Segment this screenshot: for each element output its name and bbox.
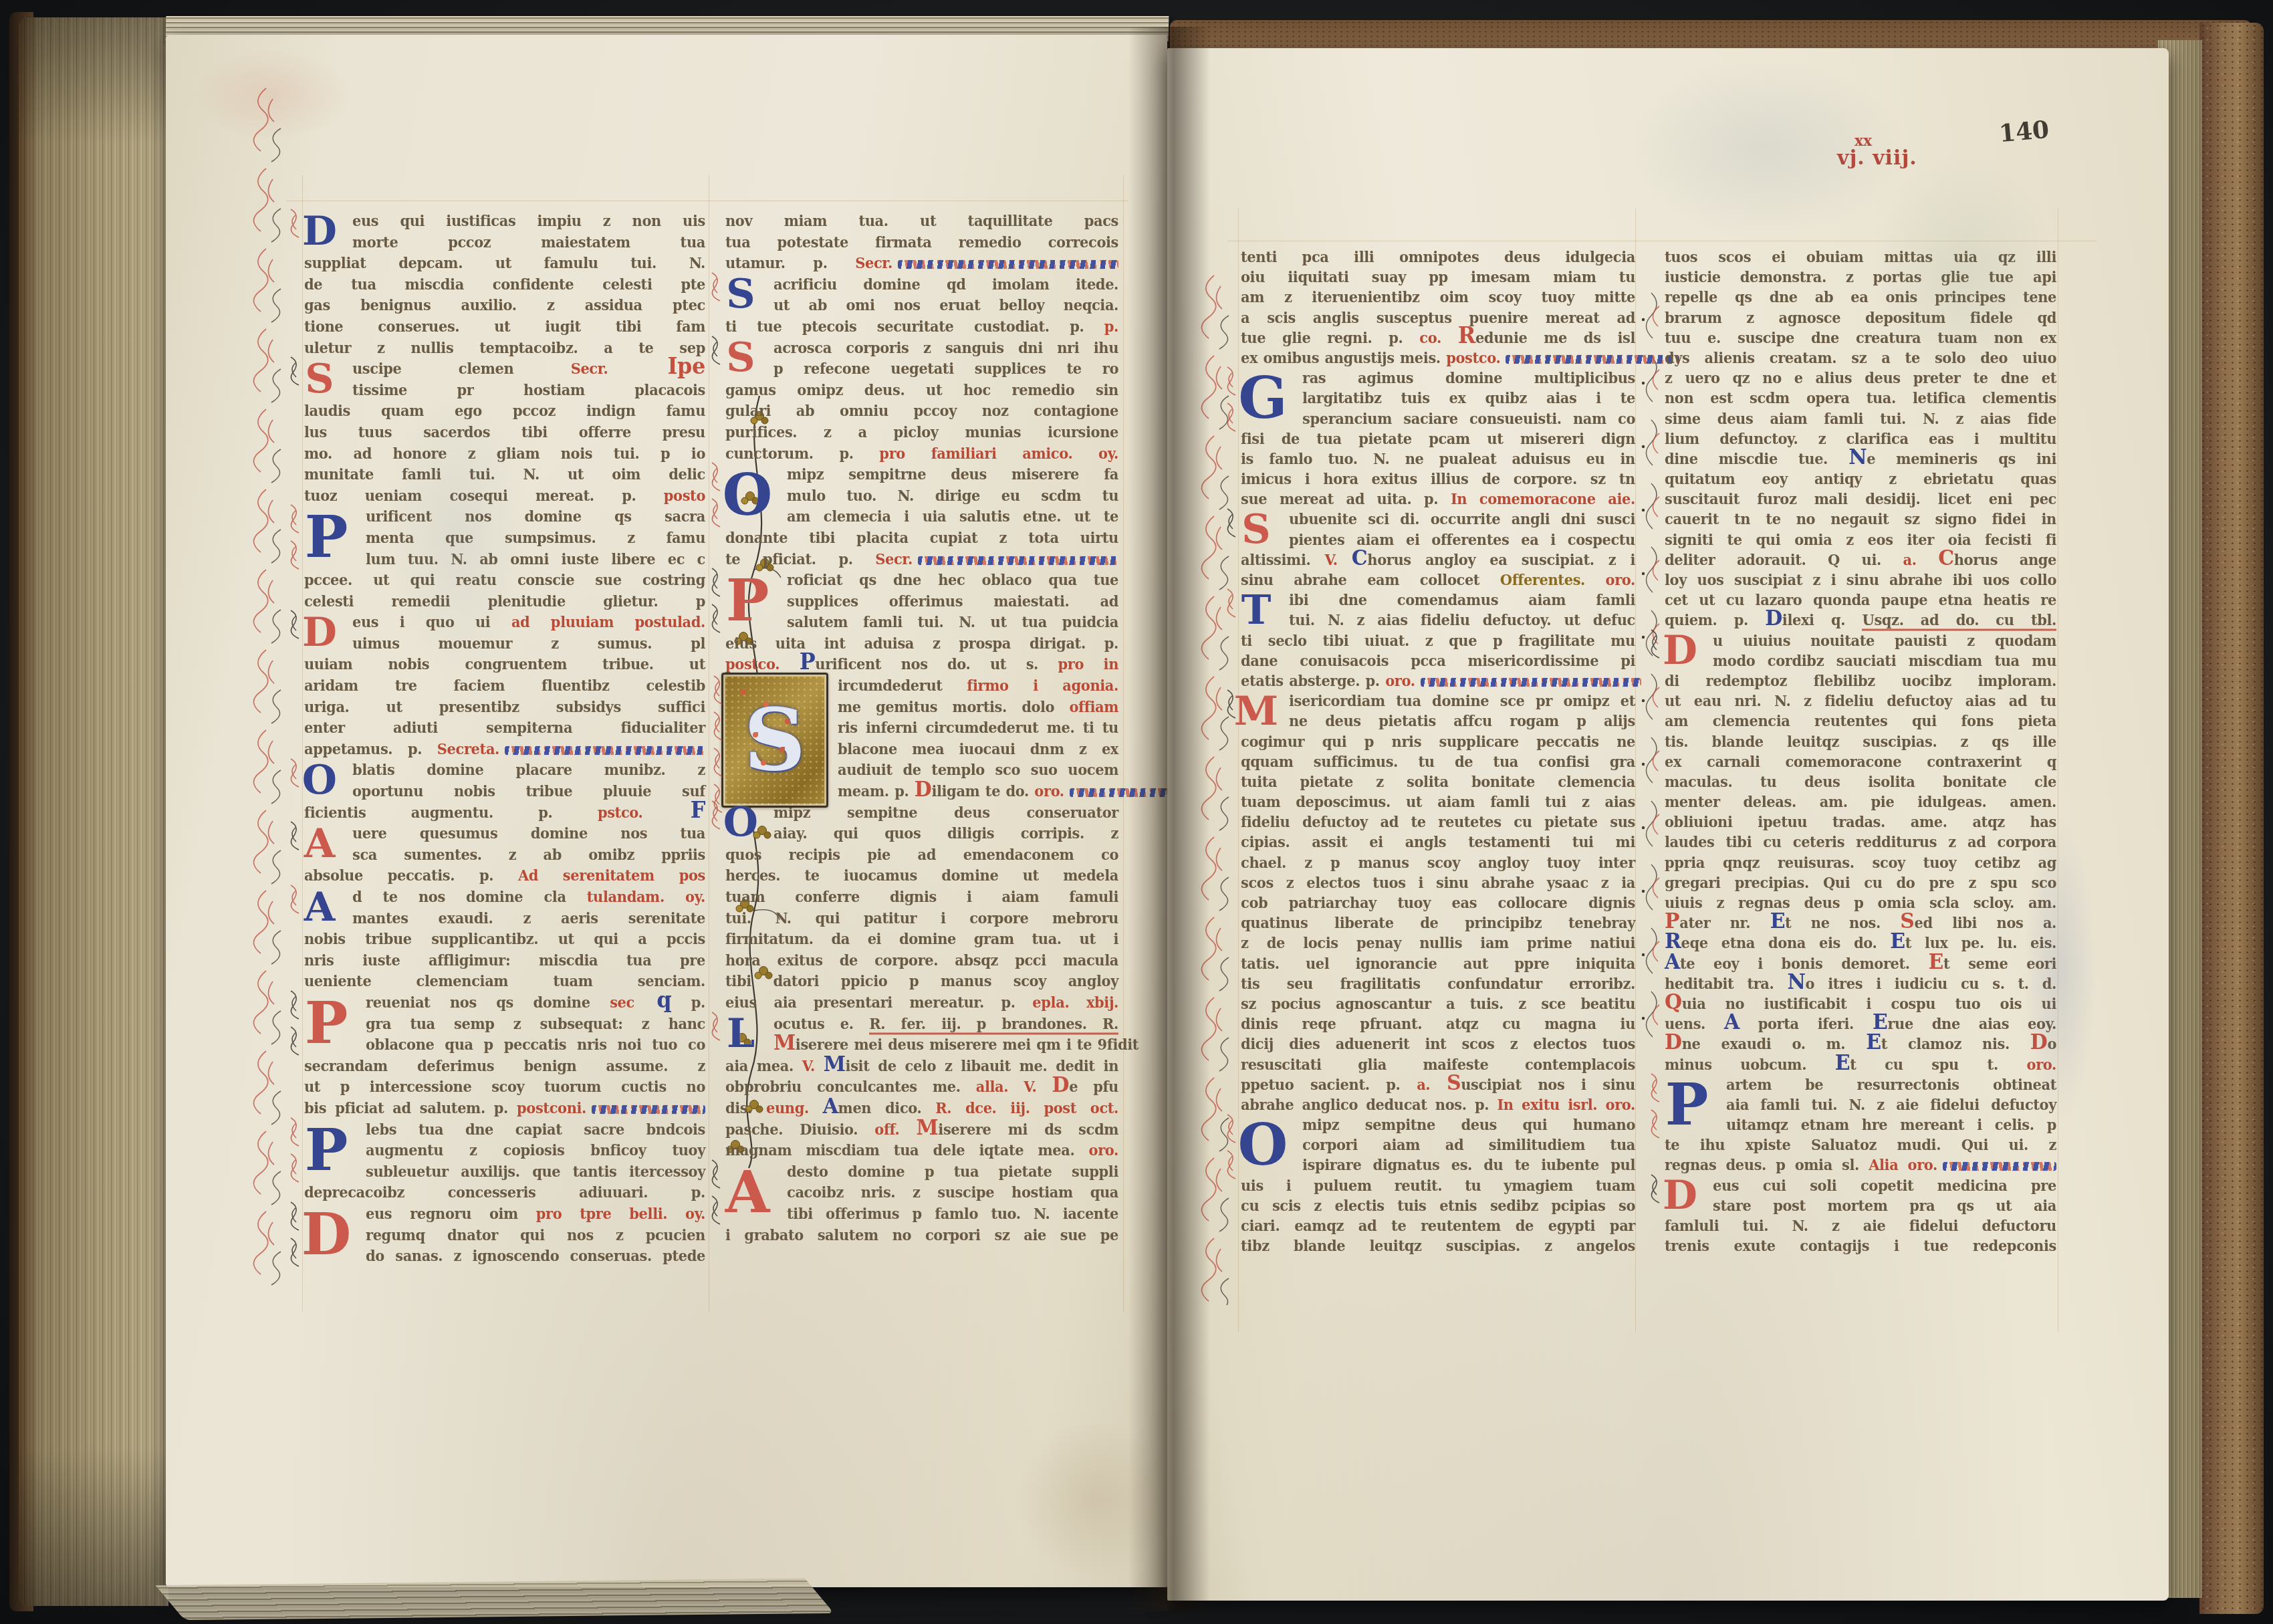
text-run: famluli tui. N. z aie fidelui defuctoru: [1665, 1217, 2056, 1234]
text-run: uiuis z regnas deus p omia scla scloy. a…: [1665, 894, 2056, 911]
penwork-flourish: [1223, 1108, 1241, 1178]
left-manuscript-page[interactable]: eus qui iustificas impiu z non uismorte …: [166, 35, 1167, 1587]
line-filler-ornament: [1421, 678, 1641, 687]
text-line: reueniat nos qs domine sec q p.: [304, 992, 705, 1014]
rubric-text: ad pluuiam postulad.: [511, 614, 705, 631]
text-line: eius uita int aduisa z prospa dirigat. p…: [725, 632, 1118, 655]
text-run: augmentu z copiosis bnficoy tuoy: [366, 1142, 705, 1159]
text-line: qquam sufficimus. tu de tua confisi gra: [1241, 751, 1635, 772]
penwork-flourish: [1647, 1168, 1665, 1217]
text-line: dine miscdie tue. Ne memineris qs ini: [1665, 449, 2056, 469]
text-run: dis.: [725, 1099, 766, 1117]
text-line: ti seclo tibi uiuat. z que p fragilitate…: [1241, 630, 1635, 651]
text-run: tibi offerimus p famlo tuo. N. iacente: [787, 1205, 1118, 1222]
text-line: te ihu xpiste Saluatoz mudi. Qui ui. z: [1665, 1135, 2056, 1156]
text-line: acrificiu domine qd imolam itede.: [725, 273, 1118, 296]
text-run: ispirare dignatus es. du te iubente pul: [1302, 1157, 1635, 1174]
text-line: cu scis z electis tuis etnis sedibz pcip…: [1241, 1195, 1635, 1216]
text-line: lebs tua dne capiat sacre bndcois: [304, 1119, 705, 1141]
rubric-text: off.: [874, 1121, 916, 1138]
text-run: do sanas. z ignoscendo conseruas. ptede: [366, 1248, 705, 1265]
text-line: imicus i hora exitus illius de corpore. …: [1241, 469, 1635, 489]
text-run: men dico.: [838, 1099, 936, 1117]
text-run: brarum z agnosce depositum fidele qd: [1665, 309, 2056, 326]
decorated-initial: A: [721, 1159, 773, 1226]
text-line: purifices. z a picloy munias icursione: [725, 421, 1118, 443]
text-run: P: [800, 649, 816, 676]
text-line: cet ut cu lazaro quonda paupe etna heati…: [1665, 590, 2056, 611]
rubric-text: postco.: [1446, 349, 1500, 366]
text-line: deprecacoibz concesseris adiuuari. p.: [304, 1182, 705, 1204]
penwork-flourish: [287, 203, 304, 254]
text-line: ex carnali comemoracone contraxerint q: [1665, 751, 2056, 772]
text-run: pccee. ut qui reatu conscie sue costring: [304, 572, 705, 589]
rubric-text: Secr.: [571, 360, 608, 378]
text-line: tis seu fragilitatis confundatur errorib…: [1241, 973, 1635, 994]
text-run: cacoibz nris. z suscipe hostiam qua: [787, 1184, 1118, 1201]
text-run: tenti pca illi omnipotes deus idulgecia: [1241, 248, 1635, 265]
text-run: non est scdm opera tua. letifica clement…: [1665, 390, 2056, 407]
text-run: cu scis z electis tuis etnis sedibz pcip…: [1241, 1197, 1635, 1214]
text-line: utamur. p. Secr.: [725, 253, 1118, 275]
text-run: z uero qz no e alius deus preter te dne …: [1665, 370, 2056, 387]
text-run: signiti te qui omia z eos iter oia fecis…: [1665, 531, 2056, 548]
text-line: aia famli tui. N. z aie fidelui defuctoy: [1665, 1094, 2056, 1115]
text-line: ubuenite sci di. occurrite angli dni sus…: [1241, 509, 1635, 530]
penwork-flourish: [1223, 683, 1241, 733]
text-run: regnas deus. p omia sl.: [1665, 1157, 1869, 1174]
penwork-flourish: [287, 984, 304, 1057]
text-line: quos recipis pie ad emendaconem co: [725, 844, 1118, 866]
text-line: tuita pietate z solita bonitate clemenci…: [1241, 772, 1635, 792]
penwork-flourish: [287, 879, 304, 930]
text-line: ibi dne comendamus aiam famli: [1241, 590, 1635, 611]
line-filler-ornament: [592, 1105, 705, 1115]
text-line: dane conuisacois pcca misericordissime p…: [1241, 651, 1635, 671]
text-run: quos recipis pie ad emendaconem co: [725, 846, 1118, 863]
text-run: tuu e. suscipe dne creatura tuam non ex: [1665, 329, 2056, 346]
text-line: non est scdm opera tua. letifica clement…: [1665, 388, 2056, 409]
text-run: blacone mea iuocaui dnm z ex: [838, 740, 1118, 758]
decorated-initial: A: [300, 884, 339, 930]
text-line: suppliat depcam. ut famulu tui. N.: [304, 253, 705, 275]
rubric-text: oro.: [2027, 1056, 2056, 1073]
text-run: oblacone qua p peccatis nris noi tuo co: [366, 1036, 705, 1054]
text-run: p.: [671, 994, 705, 1011]
text-line: ut ab omi nos eruat belloy neqcia.: [725, 295, 1118, 317]
text-column-2: nov miam tua. ut taquillitate pacstua po…: [725, 211, 1118, 1246]
text-run: D: [1665, 1031, 1682, 1055]
text-line: resuscitati glia maifeste contemplacois: [1241, 1054, 1635, 1075]
text-run: A: [1665, 950, 1680, 974]
text-line: signiti te qui omia z eos iter oia fecis…: [1665, 530, 2056, 550]
text-line: tissime pr hostiam placacois: [304, 379, 705, 401]
text-run: M: [773, 1031, 796, 1055]
text-line: gregari precipias. Qui cu do pre z spu s…: [1665, 873, 2056, 893]
rubric-text: p.: [1104, 318, 1118, 335]
text-line: deliter adorauit. Q ui. a. Chorus ange: [1665, 550, 2056, 570]
line-filler-ornament: [898, 260, 1118, 269]
text-line: desto domine p tua pietate suppli: [725, 1161, 1118, 1183]
text-run: imicus i hora exitus illius de corpore. …: [1241, 471, 1635, 488]
folio-number: 140: [1998, 116, 2050, 148]
decorated-initial: M: [1237, 689, 1276, 733]
text-run: tuos scos ei obuiam mittas uia qz illi: [1665, 248, 2056, 265]
text-run: t ne nos.: [1785, 915, 1900, 932]
text-run: S: [1811, 1137, 1821, 1154]
text-line: enter adiuti sempiterna fiducialiter: [304, 717, 705, 739]
text-line: eus i quo ui ad pluuiam postulad.: [304, 612, 705, 634]
text-run: ut ab omi nos eruat belloy neqcia.: [773, 297, 1118, 314]
text-run: cunctorum. p.: [725, 445, 879, 462]
ruling-line: [2058, 209, 2058, 1332]
text-line: di redemptoz flebilibz uocibz imploram.: [1665, 671, 2056, 691]
text-run: trenis exute contagijs i tue redepconis: [1665, 1238, 2056, 1255]
text-run: magnam miscdiam tua dele iqtate mea.: [725, 1142, 1089, 1159]
text-run: ut p intercessione scoy tuorum cuctis no: [304, 1078, 705, 1096]
rubric-text: oro.: [1606, 571, 1635, 588]
text-line: famluli tui. N. z aie fidelui defuctoru: [1665, 1215, 2056, 1236]
text-line: z de locis penay nullis iam prime natiui: [1241, 933, 1635, 954]
text-run: ne deus pietatis affcu rogam p alijs: [1289, 713, 1635, 730]
text-run: ras agimus domine multiplicibus: [1302, 370, 1635, 387]
text-line: tuam conferre dignis i aiam famuli: [725, 886, 1118, 908]
text-run: firmitatum. da ei domine gram tua. ut i: [725, 931, 1118, 948]
text-line: trenis exute contagijs i tue redepconis: [1665, 1236, 2056, 1257]
text-run: ibi dne comendamus aiam famli: [1289, 592, 1635, 609]
text-line: gas benignus auxilio. z assidua ptec: [304, 295, 705, 317]
text-run: is famlo tuo. N. ne pualeat aduisus eu i…: [1241, 450, 1635, 467]
text-run: sime deus aiam famli tui. N. z aias fide: [1665, 410, 2056, 427]
text-line: tatis. uel ignorancie aut ppre iniquita: [1241, 953, 1635, 974]
text-run: largitatibz tuis ex quibz aias i te: [1302, 390, 1635, 407]
text-run: deliter adorauit. Q ui.: [1665, 551, 1903, 568]
text-line: nris iuste affligimur: miscdia tua pre: [304, 949, 705, 971]
text-run: de tua miscdia confidente celesti pte: [304, 275, 705, 293]
penwork-flourish: [708, 456, 725, 529]
text-run: uitamqz etnam hre mereant i celis. p: [1726, 1117, 2056, 1134]
text-run: aridam tre faciem fluentibz celestib: [304, 677, 705, 695]
text-run: S: [1447, 1071, 1461, 1095]
fore-edge-page-stack: [19, 17, 168, 1606]
decorated-initial: O: [300, 758, 339, 804]
text-run: absolue peccatis. p.: [304, 867, 518, 885]
text-line: te pficiat. p. Secr.: [725, 548, 1118, 570]
text-run: gregari precipias. Qui cu do pre z spu s…: [1665, 874, 2056, 891]
text-run: munitate famli tui. N. ut oim delic: [304, 466, 705, 483]
text-run: uuiam nobis congruentem tribue. ut: [304, 656, 705, 673]
text-run: suscitauit furoz mali desidij. licet eni…: [1665, 491, 2056, 508]
text-line: uriga. ut presentibz subsidys suffici: [304, 696, 705, 718]
text-line: urificent nos domine qs sacra: [304, 506, 705, 528]
text-run: uriga. ut presentibz subsidys suffici: [304, 698, 705, 715]
text-run: e memineris qs ini: [1867, 450, 2056, 467]
text-run: chael. z p manus scoy angloy tuoy inter: [1241, 854, 1635, 871]
text-line: augmentu z copiosis bnficoy tuoy: [304, 1139, 705, 1161]
rubric-text: pro tpre belli. oy.: [536, 1205, 705, 1222]
text-line: gamus omipz deus. ut hoc remedio sin: [725, 379, 1118, 401]
text-run: laudis quam ego pccoz indign famu: [304, 402, 705, 420]
text-line: heditabit tra. No itres i iudiciu cu s. …: [1665, 973, 2056, 994]
text-line: sz pocius agnoscantur a tuis. z sce beat…: [1241, 994, 1635, 1014]
rubric-text: alla. V.: [976, 1078, 1052, 1096]
text-run: uimus mouemur z sumus. pl: [352, 634, 705, 652]
text-run: enter adiuti sempiterna fiducialiter: [304, 719, 705, 737]
text-run: dinis reqe pfruant. atqz cu magna iu: [1241, 1016, 1635, 1033]
rubric-text: a.: [1903, 551, 1939, 568]
text-run: horus angloy ea suscipiat. z i: [1367, 551, 1635, 568]
text-line: menta que sumpsimus. z famu: [304, 527, 705, 549]
text-run: tissime pr hostiam placacois: [352, 381, 705, 398]
text-line: mantes exaudi. z aeris serenitate: [304, 907, 705, 929]
text-run: meam. p.: [838, 783, 915, 800]
text-run: etatis absterge. p.: [1241, 672, 1385, 689]
decorated-initial: D: [300, 1201, 352, 1268]
text-run: pientes aiam ei offerentes ea i cospectu: [1289, 531, 1635, 548]
text-run: A: [823, 1094, 838, 1119]
text-run: aia mea.: [725, 1057, 802, 1074]
text-run: cet ut cu lazaro quonda paupe etna heati…: [1665, 592, 2056, 609]
text-run: hora exitus de corpore. absqz pcci macul…: [725, 951, 1118, 969]
penwork-flourish-margin: [246, 75, 306, 1292]
rubric-text: In exitu isrl. oro.: [1497, 1096, 1635, 1113]
ruling-line: [1227, 241, 2097, 241]
text-run: te pficiat. p.: [725, 550, 875, 568]
text-line: tuam deposcimus. ut aiam famli tui z aia…: [1241, 792, 1635, 812]
text-run: bis pficiat ad salutem. p.: [304, 1099, 517, 1117]
text-run: iligam te do.: [931, 783, 1034, 800]
text-line: morte pccoz maiestatem tua: [304, 231, 705, 253]
text-line: uuiam nobis congruentem tribue. ut: [304, 654, 705, 676]
text-line: sperancium saciare consueuisti. nam co: [1241, 409, 1635, 429]
text-run: eius uita int aduisa z prospa dirigat. p…: [725, 634, 1118, 652]
rubric-text: V.: [1325, 551, 1352, 568]
text-run: quiem. p.: [1665, 612, 1765, 629]
text-line: eus regnoru oim pro tpre belli. oy.: [304, 1203, 705, 1225]
text-line: Pater nr. Et ne nos. Sed libi nos a.: [1665, 913, 2056, 934]
text-run: ti tue ptecois securitate custodiat. p.: [725, 318, 1104, 335]
decorated-initial: P: [300, 990, 352, 1057]
text-run: uere quesumus domine nos tua: [352, 825, 705, 842]
text-run: gra tua semp z subsequat: z hanc: [366, 1015, 705, 1032]
text-run: mipz sempitne deus qui humano: [1302, 1117, 1635, 1134]
text-line: i grabato salutem no corpori sz aie sue …: [725, 1224, 1118, 1246]
text-run: blatis domine placare munibz. z: [352, 762, 705, 779]
rubric-text: postco.: [725, 656, 800, 673]
text-line: dinis reqe pfruant. atqz cu magna iu: [1241, 1014, 1635, 1035]
rubric-text: pro familiari amico. oy.: [879, 445, 1118, 462]
text-run: menter deleas. am. pie idulgeas. amen.: [1665, 794, 2056, 811]
text-run: maculas. tu deus isolita bonitate cle: [1665, 773, 2056, 790]
text-run: altissimi.: [1241, 551, 1325, 568]
text-run: scos z electos tuos i sinu abrahe ysaac …: [1241, 874, 1635, 891]
decorated-initial: G: [1237, 366, 1289, 431]
text-run: desto domine p tua pietate suppli: [787, 1163, 1118, 1180]
text-run: dys alienis creatam. sz a te solo deo ui…: [1665, 349, 2056, 366]
text-line: tenti pca illi omnipotes deus idulgecia: [1241, 247, 1635, 267]
text-run: t clamoz nis.: [1881, 1036, 2030, 1053]
decorated-initial: P: [721, 567, 773, 634]
penwork-flourish: [1647, 623, 1665, 673]
text-run: ircumdederut: [838, 677, 967, 695]
text-run: suppliat depcam. ut famulu tui. N.: [304, 255, 705, 272]
text-run: acrosca corporis z sanguis dni nri ihu: [773, 339, 1118, 356]
text-line: fisi de tua pietate pcam ut misereri dig…: [1241, 429, 1635, 449]
text-run: dine miscdie tue.: [1665, 450, 1848, 467]
right-manuscript-page[interactable]: tenti pca illi omnipotes deus idulgeciao…: [1167, 48, 2169, 1601]
text-run: gulari ab omniu pccoy noz contagione: [725, 402, 1118, 420]
text-run: lus tuus sacerdos tibi offerre presu: [304, 423, 705, 441]
text-run: acrificiu domine qd imolam itede.: [773, 275, 1118, 293]
text-line: hora exitus de corpore. absqz pcci macul…: [725, 949, 1118, 971]
penwork-flourish: [708, 562, 725, 634]
penwork-flourish: [710, 669, 727, 806]
rubric-text: Secreta.: [437, 740, 499, 758]
text-run: eus qui iustificas impiu z non uis: [352, 212, 705, 229]
text-run: tis. blande leuitqz suscipias. z qs ille: [1665, 733, 2056, 750]
penwork-flourish: [708, 1153, 725, 1226]
text-line: ppetuo sacient. p. a. Suscipiat nos i si…: [1241, 1074, 1635, 1095]
text-run: resuscitati glia maifeste contemplacois: [1241, 1056, 1635, 1073]
text-line: etatis absterge. p. oro.: [1241, 671, 1635, 691]
text-line: eus qui iustificas impiu z non uis: [304, 210, 705, 232]
manuscript-photo: eus qui iustificas impiu z non uismorte …: [0, 0, 2273, 1624]
text-run: iserere mi ds scdm: [938, 1121, 1118, 1138]
text-run: iusticie demonstra. z portas glie tue ap…: [1665, 269, 2056, 286]
text-line: Miserere mei deus miserere mei qm i te 9…: [725, 1034, 1118, 1056]
text-line: maculas. tu deus isolita bonitate cle: [1665, 772, 2056, 792]
text-run: M: [824, 1052, 846, 1076]
text-run: te ihu xpiste: [1665, 1137, 1811, 1154]
text-line: de tua miscdia confidente celesti pte: [304, 273, 705, 296]
text-run: Usqz. ad do. cu tbl.: [1862, 612, 2056, 631]
ruling-line: [286, 201, 1128, 201]
rubric-text: a.: [1417, 1076, 1447, 1093]
penwork-flourish: [287, 1111, 304, 1184]
text-run: quatinus liberate de principibz tenebray: [1241, 915, 1635, 932]
text-run: menta que sumpsimus. z famu: [366, 529, 705, 546]
rubric-text: firmo i agonia.: [967, 677, 1118, 695]
text-line: nobis tribue supplicantibz. ut qui a pcc…: [304, 929, 705, 951]
text-run: i grabato salutem no corpori sz aie sue …: [725, 1226, 1118, 1244]
rubric-text: pro in: [1058, 656, 1119, 673]
text-line: oblacone qua p peccatis nris noi tuo co: [304, 1034, 705, 1056]
text-run: lum tuu. N. ab omni iuste libere ec c: [366, 550, 705, 568]
text-run: tui. N. z aias fideliu defuctoy. ut defu…: [1289, 612, 1635, 629]
text-line: quatinus liberate de principibz tenebray: [1241, 913, 1635, 934]
rubric-text: posto: [664, 487, 705, 504]
line-filler-ornament: [1070, 788, 1183, 798]
text-line: pientes aiam ei offerentes ea i cospectu: [1241, 530, 1635, 550]
text-run: t seme eori: [1943, 955, 2056, 972]
text-run: tue glie regni. p.: [1241, 329, 1419, 346]
text-line: ppria qnqz reuisuras. scoy tuoy cetibz a…: [1665, 852, 2056, 873]
text-line: mulo tuo. N. dirige eu scdm tu: [725, 485, 1118, 507]
text-line: lum tuu. N. ab omni iuste libere ec c: [304, 548, 705, 570]
text-run: z de locis penay nullis iam prime natiui: [1241, 935, 1635, 952]
text-line: tua potestate firmata remedio correcois: [725, 231, 1118, 253]
text-run: aluatoz mudi. Qui ui. z: [1821, 1137, 2056, 1154]
text-run: N: [1848, 445, 1867, 469]
text-run: p refecone uegetati supplices te ro: [773, 360, 1118, 378]
text-run: sperancium saciare consueuisti. nam co: [1302, 410, 1635, 427]
text-run: artem be resurrectonis obtineat: [1726, 1076, 2056, 1093]
text-line: oiu iiquitati suay pp imesam miam tu: [1241, 267, 1635, 288]
text-line: loy uos suscipiat z i sinu abrahe ibi uo…: [1665, 570, 2056, 590]
text-line: subleuetur auxilijs. que tantis itercess…: [304, 1161, 705, 1183]
text-line: cogimur qui p nris supplicare peccatis n…: [1241, 731, 1635, 752]
penwork-flourish: [1223, 582, 1241, 632]
text-line: tui. N. z aias fideliu defuctoy. ut defu…: [1241, 610, 1635, 631]
text-run: repelle qs dne ab ea onis principes tene: [1665, 289, 2056, 306]
decorated-initial: D: [1661, 1173, 1699, 1217]
text-line: uscipe clemen Secr. Ipe: [304, 358, 705, 380]
text-line: pccee. ut qui reatu conscie sue costring: [304, 569, 705, 591]
penwork-flourish: [708, 330, 725, 381]
decorated-initial: T: [1237, 588, 1276, 632]
text-run: o: [2047, 1036, 2056, 1053]
text-run: audiuit de templo sco suo uocem: [838, 762, 1118, 779]
text-run: E: [1866, 1031, 1881, 1055]
text-run: D: [2030, 1031, 2048, 1055]
text-run: nobis tribue supplicantibz. ut qui a pcc…: [304, 931, 705, 948]
illuminated-gold-initial: S: [721, 673, 828, 808]
text-line: aridam tre faciem fluentibz celestib: [304, 675, 705, 697]
rubric-text: Ad serenitatem pos: [518, 867, 705, 885]
text-line: Ate eoy i bonis demoret. Et seme eori: [1665, 953, 2056, 974]
text-line: ficientis augmentu. p. pstco. F: [304, 802, 705, 824]
text-run: me gemitus mortis. dolo: [838, 698, 1070, 715]
text-line: fideliu defuctoy ad te reutetes cu pieta…: [1241, 812, 1635, 833]
text-line: mo. ad honore z gliam nois tui. p io: [304, 443, 705, 465]
text-run: eus i quo ui: [352, 614, 511, 631]
text-line: uitamqz etnam hre mereant i celis. p: [1665, 1115, 2056, 1135]
text-line: dicij dies aduenerit int scos z electos …: [1241, 1034, 1635, 1055]
text-line: mipz sempitrne deus miserere fa: [725, 463, 1118, 485]
parchment-stain: [1015, 1419, 1175, 1579]
text-line: munitate famli tui. N. ut oim delic: [304, 463, 705, 485]
rubric-text: pstco.: [598, 804, 643, 821]
decorated-initial: S: [1237, 507, 1276, 552]
text-run: ex carnali comemoracone contraxerint q: [1665, 753, 2056, 770]
text-line: lus tuus sacerdos tibi offerre presu: [304, 421, 705, 443]
text-run: dane conuisacois pcca misericordissime p…: [1241, 652, 1635, 669]
text-line: cacoibz nris. z suscipe hostiam qua: [725, 1182, 1118, 1204]
text-line: firmitatum. da ei domine gram tua. ut i: [725, 929, 1118, 951]
text-line: Quia no iustificabit i cospu tuo ois ui: [1665, 994, 2056, 1014]
text-line: cauerit tn te no negauit sz signo fidei …: [1665, 509, 2056, 530]
text-run: donante tibi placita cupiat z tota uirtu: [725, 529, 1118, 546]
text-run: cauerit tn te no negauit sz signo fidei …: [1665, 511, 2056, 528]
text-line: cunctorum. p. pro familiari amico. oy.: [725, 443, 1118, 465]
rubric-text: postconi.: [517, 1099, 586, 1117]
decorated-initial: O: [721, 800, 760, 846]
penwork-flourish: [287, 350, 304, 402]
text-line: dys alienis creatam. sz a te solo deo ui…: [1665, 348, 2056, 368]
text-run: deprecacoibz concesseris adiuuari. p.: [304, 1184, 705, 1201]
text-run: N: [1788, 970, 1806, 994]
text-line: obprobriu conculcantes me. alla. V. De p…: [725, 1076, 1118, 1098]
text-run: uis i puluem reutit. tu ymagiem tuam: [1241, 1177, 1635, 1194]
bottom-page-edges: [155, 1579, 834, 1620]
text-run: heditabit tra.: [1665, 975, 1788, 992]
text-line: cipias. assit ei angls testamenti tui mi: [1241, 832, 1635, 853]
text-run: regumq dnator qui nos z pcucien: [366, 1226, 705, 1244]
rubric-text: co.: [1419, 329, 1457, 346]
text-column-1: eus qui iustificas impiu z non uismorte …: [304, 211, 705, 1267]
text-run: dicij dies aduenerit int scos z electos …: [1241, 1036, 1635, 1053]
text-run: appetamus. p.: [304, 740, 437, 758]
